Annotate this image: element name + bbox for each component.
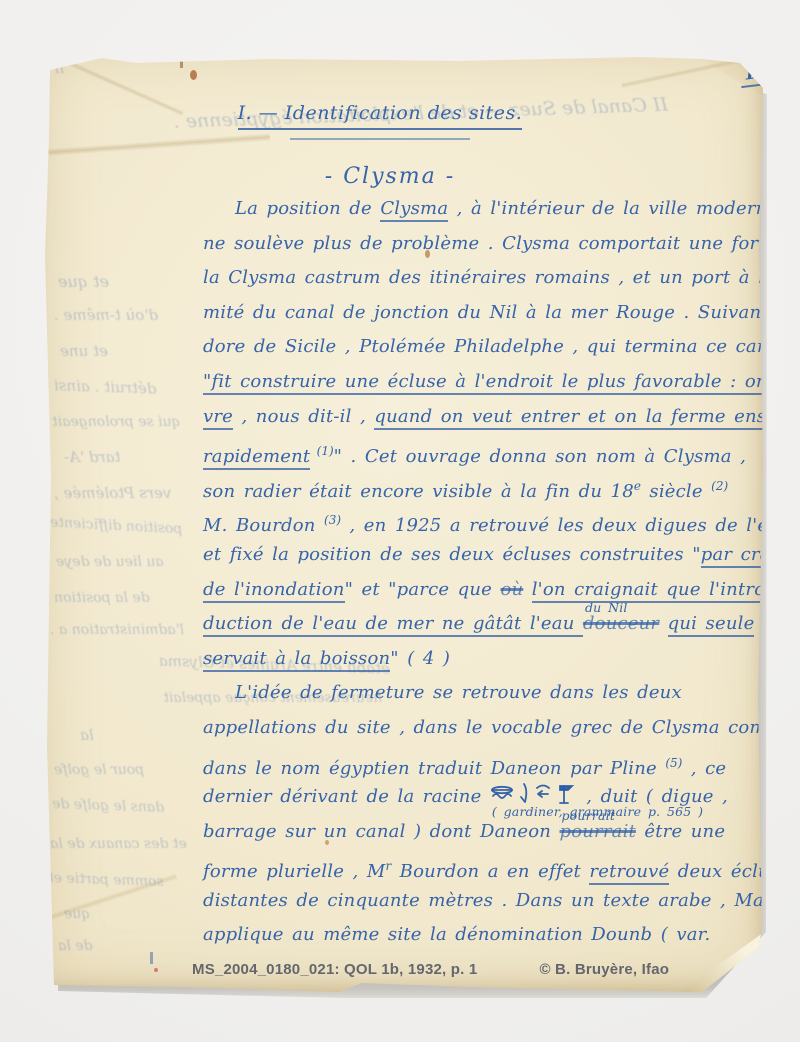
bleedthrough-text: et que [58,272,109,291]
paper-fold-top-right [692,54,766,98]
caption-credit: © B. Bruyère, Ifao [539,961,669,978]
text-segment: pourraitpourrait [559,821,635,842]
manuscript-paper: IIII Canal de Suez — et de l'exploitatio… [40,46,766,992]
bleedthrough-text: d'où t-même . [54,306,158,324]
bleedthrough-text: l'administration a . [50,622,184,638]
manuscript-line: dore de Sicile , Ptolémée Philadelphe , … [203,330,766,365]
text-segment: retrouvé [589,861,669,885]
text-segment: ne soulève plus de problème . Clysma com… [203,233,766,254]
text-segment: servait à la boisson [203,648,390,672]
manuscript-line: appellations du site , dans le vocable g… [203,711,766,746]
text-segment: qui seule [668,613,755,637]
manuscript-line: la Clysma castrum des itinéraires romain… [203,261,766,296]
text-segment: et fixé la position de ses deux écluses … [203,544,701,565]
text-segment: , duit ( digue , [578,786,728,807]
text-segment: deux écluses [669,861,766,882]
paper-crease [40,46,184,116]
section-title: I. — Identification des sites. [200,102,560,140]
text-segment: mité du canal de jonction du Nil à la me… [203,302,766,323]
bleedthrough-text: de la [58,938,93,954]
manuscript-line: "fit construire une écluse à l'endroit l… [203,365,766,400]
text-segment: , à l'intérieur de la ville moderne de S… [448,198,766,219]
scanned-manuscript-page: IIII Canal de Suez — et de l'exploitatio… [0,0,800,1042]
text-segment: , en 1925 a retrouvé les deux digues de … [341,515,766,536]
text-segment: dore de Sicile , Ptolémée Philadelphe , … [203,336,766,357]
text-segment: " . Cet ouvrage donna son nom à Clysma , [334,446,746,467]
text-segment: , nous dit-il , [233,406,374,427]
text-segment: forme plurielle , M [203,861,386,882]
bleedthrough-text: que [64,906,90,922]
caption-id: MS_2004_0180_021: QOL 1b, 1932, p. 1 [192,961,477,978]
manuscript-line: servait à la boisson" ( 4 ) [203,642,766,677]
clysma-heading: - Clysma - [260,164,520,189]
manuscript-line: dans le nom égyptien traduit Daneon par … [203,746,766,781]
text-segment: " et "parce que [345,579,501,600]
egyptian-hieroglyphs-icon [490,782,578,806]
text-segment: siècle [641,481,711,502]
bleedthrough-text: de la position [54,590,150,606]
manuscript-line: son radier était encore visible à la fin… [203,469,766,504]
egyptian-hieroglyphs: ( gardiner, grammaire p. 565 ) [490,786,578,807]
manuscript-line: distantes de cinquante mètres . Dans un … [203,884,766,919]
caption: MS_2004_0180_021: QOL 1b, 1932, p. 1© B.… [192,961,732,978]
text-segment: M. Bourdon [203,515,324,536]
text-segment: distantes de cinquante mètres . Dans un … [203,890,766,911]
text-segment: quand on veut entrer et on la ferme ensu… [374,406,766,430]
bleedthrough-text: tard 'A- [64,448,121,466]
text-segment: La position de [235,198,380,219]
text-segment: (2) [711,479,728,493]
bleedthrough-text: somme partie et [48,870,164,890]
bleedthrough-text: II [54,62,64,77]
bleedthrough-text: et des canaux de la [50,836,187,852]
bleedthrough-text: au lieu de deye [56,554,164,570]
manuscript-line: applique au même site la dénomination Do… [203,918,766,953]
text-segment: , ce [682,758,726,779]
text-segment: dans le nom égyptien traduit Daneon par … [203,758,665,779]
manuscript-line: vre , nous dit-il , quand on veut entrer… [203,400,766,435]
manuscript-line: rapidement (1)" . Cet ouvrage donna son … [203,434,766,469]
text-segment: barrage sur un canal ) dont Daneon [203,821,559,842]
text-segment: l'on craignait que l'intro- [532,579,766,603]
text-segment: (1) [310,444,333,458]
manuscript-line: de l'inondation" et "parce que où l'on c… [203,573,766,608]
title-underline [290,138,470,140]
manuscript-line: barrage sur un canal ) dont Daneon pourr… [203,815,766,850]
bleedthrough-text: qui se prolongeait [52,414,181,430]
manuscript-lines: La position de Clysma , à l'intérieur de… [203,192,766,953]
page-number: 1 [739,63,761,88]
manuscript-line: L'idée de fermeture se retrouve dans les… [203,676,766,711]
text-segment: rapidement [203,446,310,470]
manuscript-line: et fixé la position de ses deux écluses … [203,538,766,573]
text-segment: (5) [665,756,682,770]
text-segment: "fit construire une écluse à l'endroit l… [203,371,766,395]
text-segment: de l'inondation [203,579,345,603]
above-insertion: pourrait [561,810,615,822]
paper-stain [180,52,183,68]
manuscript-line: duction de l'eau de mer ne gâtât l'eau d… [203,607,766,642]
text-segment: son radier était encore visible à la fin… [203,481,634,502]
text-segment: la Clysma castrum des itinéraires romain… [203,267,766,288]
paper-crease [40,873,177,926]
text-segment: douceurdu Nil [583,613,659,634]
text-segment: e [634,479,641,493]
manuscript-line: M. Bourdon (3) , en 1925 a retrouvé les … [203,503,766,538]
text-segment: Bourdon a en effet [391,861,589,882]
above-insertion: du Nil [585,602,628,614]
text-segment: appellations du site , dans le vocable g… [203,717,766,738]
bleedthrough-text: pour le golfe [54,762,144,778]
text-segment: applique au même site la dénomination Do… [203,924,710,945]
text-segment [659,613,667,634]
text-segment: être une [636,821,725,842]
bleedthrough-text: détruit . ainsi [54,376,157,398]
text-segment: (3) [324,513,341,527]
text-segment: duction de l'eau de mer ne gâtât l'eau [203,613,583,637]
text-segment: où [500,579,523,600]
text-segment: " ( 4 ) [390,648,450,669]
bleedthrough-text: dans le golfe de [52,796,165,816]
section-title-text: I. — Identification des sites. [238,102,523,130]
manuscript-line: dernier dérivant de la racine ( gardiner… [203,780,766,815]
manuscript-line: forme plurielle , Mr Bourdon a en effet … [203,849,766,884]
manuscript-line: La position de Clysma , à l'intérieur de… [203,192,766,227]
paper-stain [154,968,158,972]
text-segment: Clysma [380,198,448,222]
manuscript-line: ne soulève plus de problème . Clysma com… [203,227,766,262]
text-segment [523,579,531,600]
text-segment: vre [203,406,233,430]
text-segment: dernier dérivant de la racine [203,786,490,807]
text-segment: par crainte [701,544,766,568]
bleedthrough-text: et une [60,342,108,360]
bleedthrough-text: position difficiente [50,515,183,538]
bleedthrough-text: la [80,726,94,744]
text-segment: L'idée de fermeture se retrouve dans les… [235,682,682,703]
paper-stain [190,70,197,80]
paper-stain [150,952,153,964]
bleedthrough-text: vers Ptolémée , [54,484,171,502]
manuscript-line: mité du canal de jonction du Nil à la me… [203,296,766,331]
